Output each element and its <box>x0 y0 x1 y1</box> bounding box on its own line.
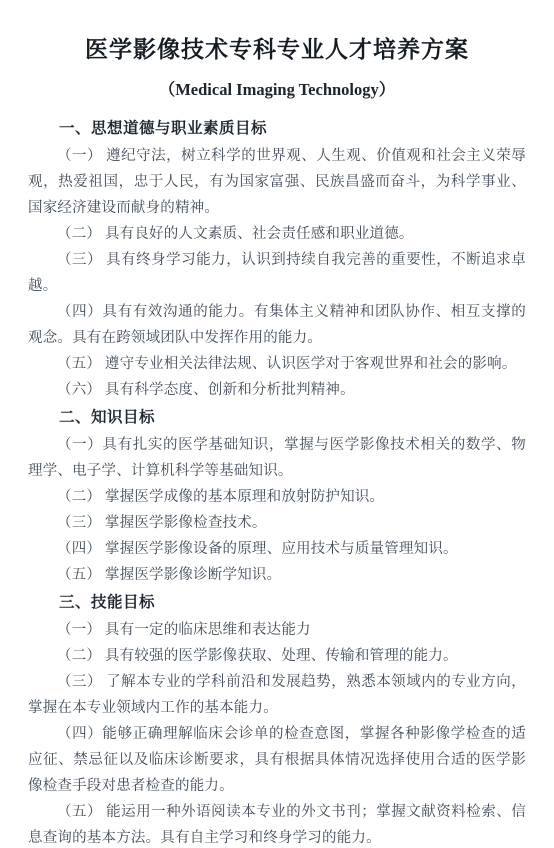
document-body: 一、思想道德与职业素质目标 （一） 遵纪守法，树立科学的世界观、人生观、价值观和… <box>28 115 526 848</box>
document-section: 三、技能目标 （一） 具有一定的临床思维和表达能力（二） 具有较强的医学影像获取… <box>28 589 526 848</box>
section-heading: 一、思想道德与职业素质目标 <box>28 115 526 142</box>
section-item: （二） 具有较强的医学影像获取、处理、传输和管理的能力。 <box>28 643 526 669</box>
document-title: 医学影像技术专科专业人才培养方案 <box>28 34 526 66</box>
section-item: （三） 掌握医学影像检查技术。 <box>28 510 526 536</box>
section-heading: 三、技能目标 <box>28 589 526 616</box>
section-item: （五） 遵守专业相关法律法规、认识医学对于客观世界和社会的影响。 <box>28 351 526 377</box>
section-item: （一） 具有一定的临床思维和表达能力 <box>28 617 526 643</box>
document-section: 一、思想道德与职业素质目标 （一） 遵纪守法，树立科学的世界观、人生观、价值观和… <box>28 115 526 403</box>
section-item: （五） 能运用一种外语阅读本专业的外文书刊；掌握文献资料检索、信息查询的基本方法… <box>28 799 526 848</box>
section-heading: 二、知识目标 <box>28 404 526 431</box>
section-item: （六） 具有科学态度、创新和分析批判精神。 <box>28 377 526 403</box>
document-subtitle: （Medical Imaging Technology） <box>28 78 526 102</box>
section-item: （一） 遵纪守法，树立科学的世界观、人生观、价值观和社会主义荣辱观，热爱祖国，忠… <box>28 143 526 221</box>
document-page: 医学影像技术专科专业人才培养方案 （Medical Imaging Techno… <box>0 0 554 848</box>
section-item: （四）具有有效沟通的能力。有集体主义精神和团队协作、相互支撑的观念。具有在跨领域… <box>28 299 526 351</box>
section-item: （三） 具有终身学习能力，认识到持续自我完善的重要性，不断追求卓越。 <box>28 247 526 299</box>
section-item: （四）能够正确理解临床会诊单的检查意图，掌握各种影像学检查的适应征、禁忌征以及临… <box>28 721 526 799</box>
section-item: （三） 了解本专业的学科前沿和发展趋势，熟悉本领域内的专业方向，掌握在本专业领域… <box>28 669 526 721</box>
section-item: （五） 掌握医学影像诊断学知识。 <box>28 562 526 588</box>
section-item: （四） 掌握医学影像设备的原理、应用技术与质量管理知识。 <box>28 536 526 562</box>
section-item: （二） 掌握医学成像的基本原理和放射防护知识。 <box>28 484 526 510</box>
section-item: （一）具有扎实的医学基础知识，掌握与医学影像技术相关的数学、物理学、电子学、计算… <box>28 432 526 484</box>
section-item: （二） 具有良好的人文素质、社会责任感和职业道德。 <box>28 221 526 247</box>
document-section: 二、知识目标 （一）具有扎实的医学基础知识，掌握与医学影像技术相关的数学、物理学… <box>28 404 526 588</box>
